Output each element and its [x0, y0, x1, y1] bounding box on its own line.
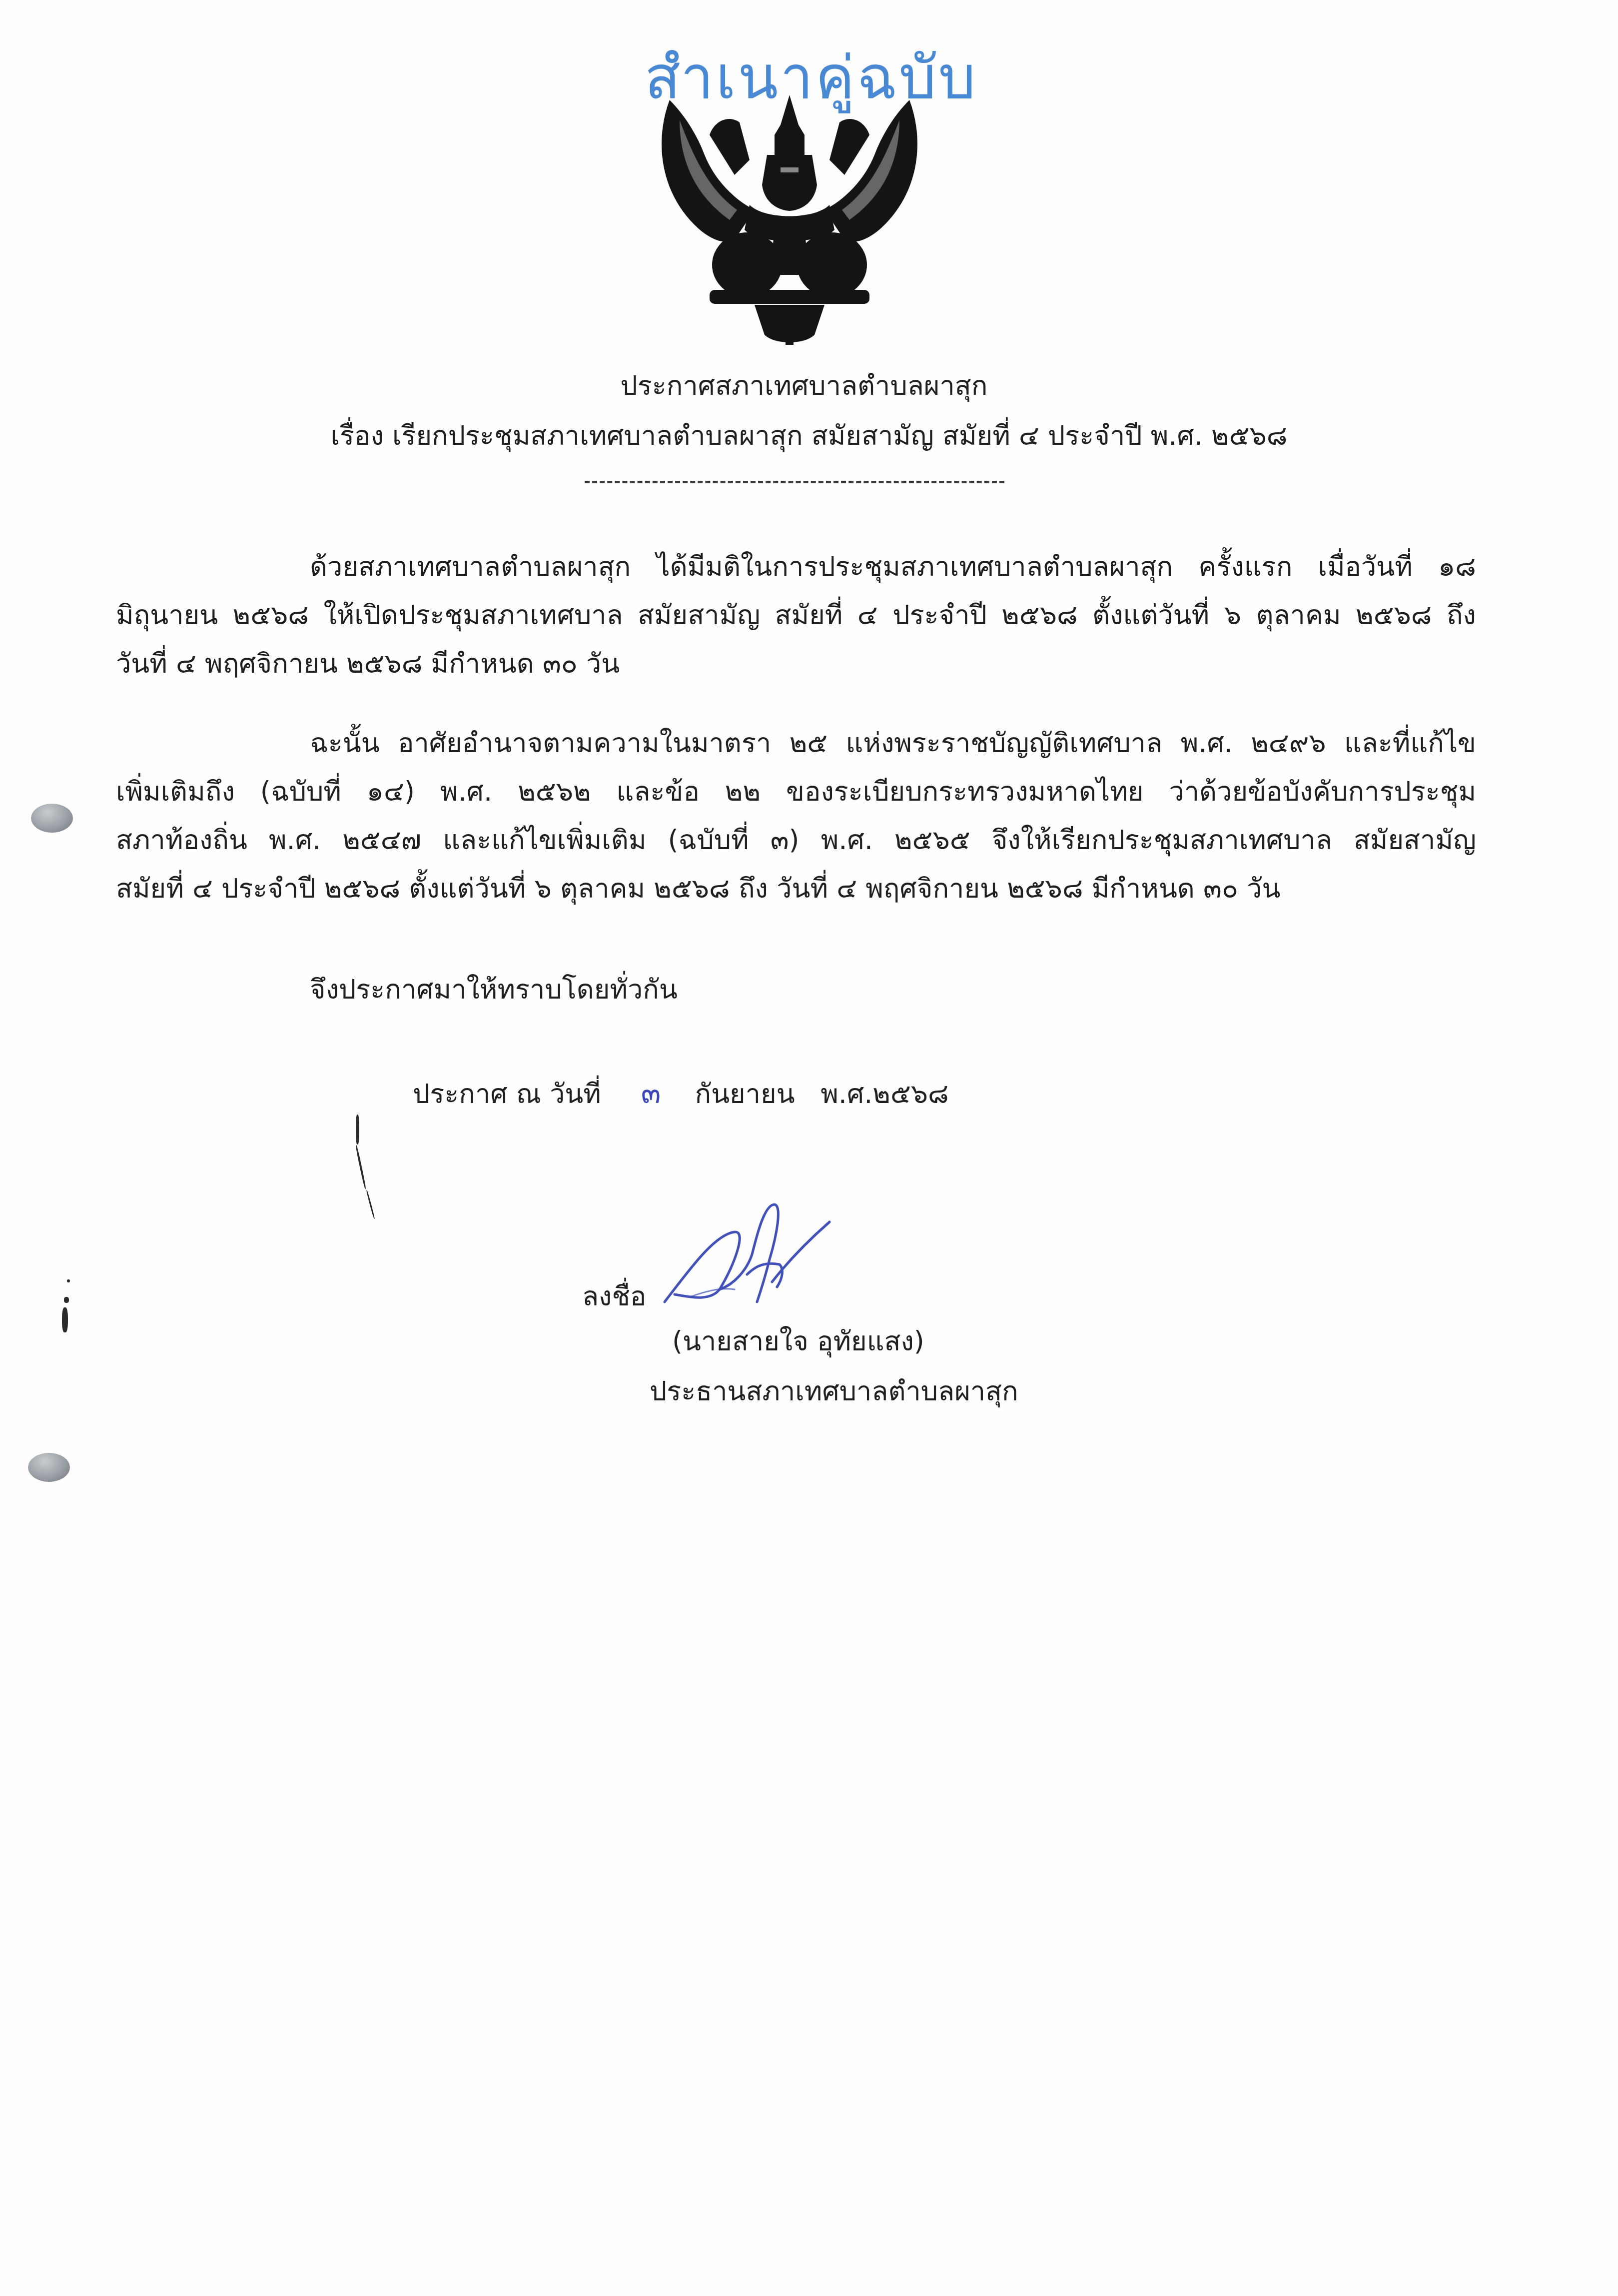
date-prefix: ประกาศ ณ วันที่: [413, 1072, 601, 1115]
announcement-date: ประกาศ ณ วันที่๓กันยายน พ.ศ.๒๕๖๘: [413, 1070, 949, 1116]
paragraph-2-line: สมัยที่ ๔ ประจำปี ๒๕๖๘ ตั้งแต่วันที่ ๖ ต…: [116, 867, 1280, 910]
paragraph-1-line: มิถุนายน ๒๕๖๘ ให้เปิดประชุมสภาเทศบาล สมั…: [116, 593, 1476, 636]
scan-mark: [62, 1307, 68, 1332]
announcement-subject: เรื่อง เรียกประชุมสภาเทศบาลตำบลผาสุก สมั…: [0, 414, 1618, 457]
dashed-separator: [585, 481, 1004, 483]
signatory-name: (นายสายใจ อุทัยแสง): [672, 1319, 924, 1362]
scan-mark: [366, 1190, 375, 1219]
scan-mark: [64, 1297, 69, 1303]
date-day-handwritten: ๓: [641, 1070, 661, 1116]
punch-hole: [31, 804, 73, 833]
document-page: สำเนาคู่ฉบับ: [0, 0, 1618, 2296]
paragraph-1-line: ด้วยสภาเทศบาลตำบลผาสุก ได้มีมติในการประช…: [310, 545, 1476, 588]
scan-mark: [355, 1145, 367, 1189]
punch-hole: [28, 1453, 70, 1482]
copy-stamp: สำเนาคู่ฉบับ: [645, 30, 978, 124]
handwritten-signature-icon: [660, 1194, 849, 1314]
paragraph-2-line: สภาท้องถิ่น พ.ศ. ๒๕๔๗ และแก้ไขเพิ่มเติม …: [116, 818, 1476, 861]
date-month: กันยายน: [695, 1072, 795, 1115]
paragraph-1-line: วันที่ ๔ พฤศจิกายน ๒๕๖๘ มีกำหนด ๓๐ วัน: [116, 642, 620, 685]
closing-statement: จึงประกาศมาให้ทราบโดยทั่วกัน: [310, 968, 678, 1011]
paragraph-2-line: เพิ่มเติมถึง (ฉบับที่ ๑๔) พ.ศ. ๒๕๖๒ และข…: [116, 770, 1476, 813]
scan-mark: [356, 1115, 359, 1145]
announcement-title: ประกาศสภาเทศบาลตำบลผาสุก: [0, 364, 1613, 407]
date-year: พ.ศ.๒๕๖๘: [820, 1072, 949, 1115]
paragraph-2-line: ฉะนั้น อาศัยอำนาจตามความในมาตรา ๒๕ แห่งพ…: [310, 721, 1476, 764]
signatory-position: ประธานสภาเทศบาลตำบลผาสุก: [650, 1369, 1018, 1412]
scan-mark: [67, 1279, 70, 1282]
signature-label: ลงชื่อ: [582, 1274, 647, 1317]
